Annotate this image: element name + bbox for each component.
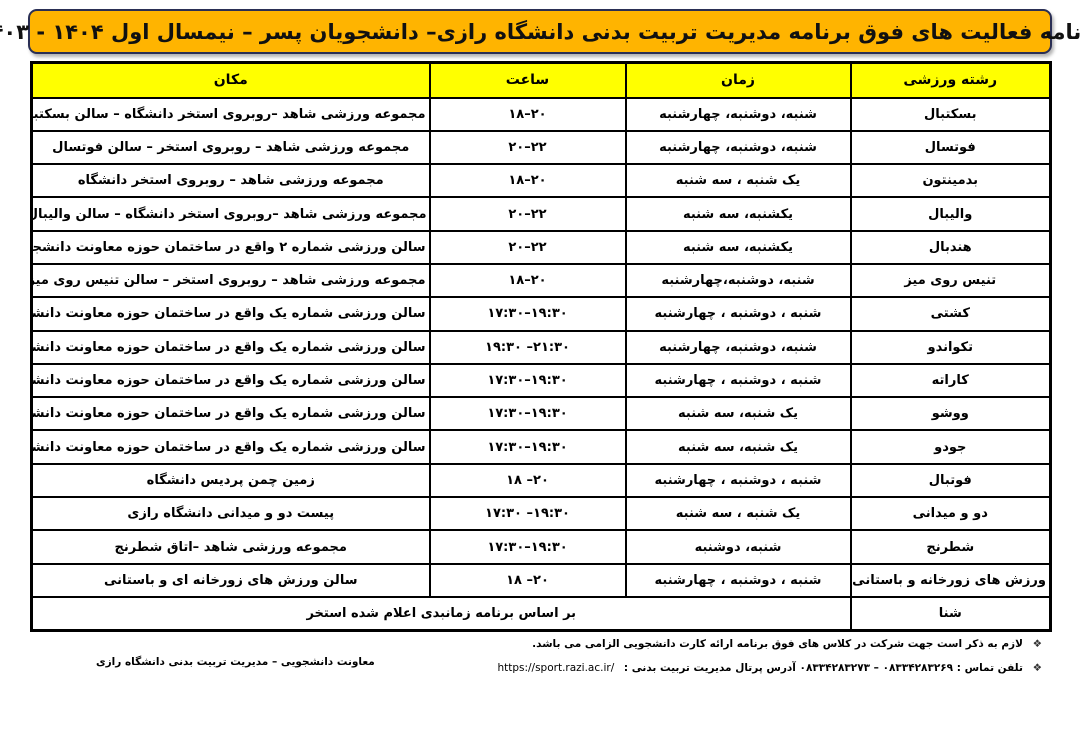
- cell-sport: کشتی: [851, 297, 1051, 330]
- cell-time: ۱۸–۲۰: [430, 264, 626, 297]
- table-row: فوتبالشنبه ، دوشنبه ، چهارشنبه۱۸ –۲۰زمین…: [32, 464, 1051, 497]
- cell-days: شنبه، دوشنبه، چهارشنبه: [626, 131, 851, 164]
- cell-place: سالن ورزشی شماره یک واقع در ساختمان حوزه…: [32, 397, 430, 430]
- table-row: بسکتبالشنبه، دوشنبه، چهارشنبه۱۸–۲۰مجموعه…: [32, 98, 1051, 131]
- table-row: جودویک شنبه، سه شنبه۱۷:۳۰–۱۹:۳۰سالن ورزش…: [32, 430, 1051, 463]
- cell-place: سالن ورزش های زورخانه ای و باستانی: [32, 564, 430, 597]
- table-row: شطرنجشنبه، دوشنبه۱۷:۳۰–۱۹:۳۰مجموعه ورزشی…: [32, 530, 1051, 563]
- table-row: کاراتهشنبه ، دوشنبه ، چهارشنبه۱۷:۳۰–۱۹:۳…: [32, 364, 1051, 397]
- cell-sport: بسکتبال: [851, 98, 1051, 131]
- cell-days: شنبه ، دوشنبه ، چهارشنبه: [626, 564, 851, 597]
- cell-days: شنبه ، دوشنبه ، چهارشنبه: [626, 364, 851, 397]
- table-row: کشتیشنبه ، دوشنبه ، چهارشنبه۱۷:۳۰–۱۹:۳۰س…: [32, 297, 1051, 330]
- cell-place: مجموعه ورزشی شاهد – روبروی استخر – سالن …: [32, 131, 430, 164]
- table-row: والیبالیکشنبه، سه شنبه۲۰–۲۲مجموعه ورزشی …: [32, 197, 1051, 230]
- cell-sport: دو و میدانی: [851, 497, 1051, 530]
- bullet-icon: ❖: [1033, 638, 1042, 650]
- cell-place: مجموعه ورزشی شاهد –روبروی استخر دانشگاه …: [32, 98, 430, 131]
- cell-sport: فوتبال: [851, 464, 1051, 497]
- cell-time: ۱۷:۳۰ –۱۹:۳۰: [430, 497, 626, 530]
- cell-place: سالن ورزشی شماره یک واقع در ساختمان حوزه…: [32, 331, 430, 364]
- schedule-table: رشته ورزشی زمان ساعت مکان بسکتبالشنبه، د…: [30, 61, 1052, 632]
- cell-place: سالن ورزشی شماره یک واقع در ساختمان حوزه…: [32, 430, 430, 463]
- table-row: فوتسالشنبه، دوشنبه، چهارشنبه۲۰–۲۲مجموعه …: [32, 131, 1051, 164]
- cell-time: ۱۷:۳۰–۱۹:۳۰: [430, 430, 626, 463]
- cell-time: ۱۷:۳۰–۱۹:۳۰: [430, 364, 626, 397]
- cell-days: یک شنبه، سه شنبه: [626, 430, 851, 463]
- cell-days: یک شنبه ، سه شنبه: [626, 164, 851, 197]
- cell-time: ۱۷:۳۰–۱۹:۳۰: [430, 397, 626, 430]
- cell-time: ۱۹:۳۰ –۲۱:۳۰: [430, 331, 626, 364]
- page-title: برنامه فعالیت های فوق برنامه مدیریت تربی…: [0, 20, 1080, 44]
- cell-sport: هندبال: [851, 231, 1051, 264]
- header-time: ساعت: [430, 63, 626, 98]
- table-row: هندبالیکشنبه، سه شنبه۲۰–۲۲سالن ورزشی شما…: [32, 231, 1051, 264]
- portal-link[interactable]: https://sport.razi.ac.ir/: [497, 662, 614, 674]
- cell-place: مجموعه ورزشی شاهد –اتاق شطرنج: [32, 530, 430, 563]
- cell-sport: بدمینتون: [851, 164, 1051, 197]
- cell-place: سالن ورزشی شماره یک واقع در ساختمان حوزه…: [32, 364, 430, 397]
- cell-sport: شطرنج: [851, 530, 1051, 563]
- header-place: مکان: [32, 63, 430, 98]
- cell-time: ۲۰–۲۲: [430, 131, 626, 164]
- cell-days: یکشنبه، سه شنبه: [626, 231, 851, 264]
- cell-sport: تکواندو: [851, 331, 1051, 364]
- cell-place: سالن ورزشی شماره ۲ واقع در ساختمان حوزه …: [32, 231, 430, 264]
- table-row: تکواندوشنبه، دوشنبه، چهارشنبه۱۹:۳۰ –۲۱:۳…: [32, 331, 1051, 364]
- title-banner: برنامه فعالیت های فوق برنامه مدیریت تربی…: [28, 9, 1052, 54]
- cell-place: مجموعه ورزشی شاهد – روبروی استخر – سالن …: [32, 264, 430, 297]
- cell-merged-schedule: بر اساس برنامه زمانبدی اعلام شده استخر: [32, 597, 851, 630]
- footer-organization: معاونت دانشجویی – مدیریت تربیت بدنی دانش…: [96, 656, 375, 668]
- table-row: ووشویک شنبه، سه شنبه۱۷:۳۰–۱۹:۳۰سالن ورزش…: [32, 397, 1051, 430]
- notes-section: ❖ لازم به ذکر است جهت شرکت در کلاس های ف…: [497, 632, 1042, 680]
- contact-text: تلفن تماس : ۰۸۳۳۴۲۸۳۲۶۹ – ۰۸۳۳۴۲۸۳۲۷۳ آد…: [624, 662, 1023, 674]
- cell-place: زمین چمن پردیس دانشگاه: [32, 464, 430, 497]
- cell-sport: تنیس روی میز: [851, 264, 1051, 297]
- table-row: بدمینتونیک شنبه ، سه شنبه۱۸–۲۰مجموعه ورز…: [32, 164, 1051, 197]
- cell-days: شنبه ، دوشنبه ، چهارشنبه: [626, 297, 851, 330]
- cell-days: یک شنبه ، سه شنبه: [626, 497, 851, 530]
- cell-days: شنبه ، دوشنبه ، چهارشنبه: [626, 464, 851, 497]
- note-student-card: ❖ لازم به ذکر است جهت شرکت در کلاس های ف…: [497, 632, 1042, 656]
- cell-place: مجموعه ورزشی شاهد –روبروی استخر دانشگاه …: [32, 197, 430, 230]
- cell-sport: ورزش های زورخانه و باستانی: [851, 564, 1051, 597]
- cell-time: ۱۸–۲۰: [430, 98, 626, 131]
- cell-place: سالن ورزشی شماره یک واقع در ساختمان حوزه…: [32, 297, 430, 330]
- note-contact: ❖ تلفن تماس : ۰۸۳۳۴۲۸۳۲۶۹ – ۰۸۳۳۴۲۸۳۲۷۳ …: [497, 656, 1042, 680]
- cell-time: ۱۸ –۲۰: [430, 464, 626, 497]
- cell-time: ۲۰–۲۲: [430, 197, 626, 230]
- header-sport: رشته ورزشی: [851, 63, 1051, 98]
- header-days: زمان: [626, 63, 851, 98]
- cell-sport: ووشو: [851, 397, 1051, 430]
- cell-time: ۱۸ –۲۰: [430, 564, 626, 597]
- bullet-icon: ❖: [1033, 662, 1042, 674]
- table-row: تنیس روی میزشنبه، دوشنبه،چهارشنبه۱۸–۲۰مج…: [32, 264, 1051, 297]
- cell-days: شنبه، دوشنبه: [626, 530, 851, 563]
- cell-place: مجموعه ورزشی شاهد – روبروی استخر دانشگاه: [32, 164, 430, 197]
- cell-time: ۱۷:۳۰–۱۹:۳۰: [430, 530, 626, 563]
- cell-place: پیست دو و میدانی دانشگاه رازی: [32, 497, 430, 530]
- cell-sport: فوتسال: [851, 131, 1051, 164]
- cell-time: ۱۸–۲۰: [430, 164, 626, 197]
- cell-days: یک شنبه، سه شنبه: [626, 397, 851, 430]
- table-row: ورزش های زورخانه و باستانیشنبه ، دوشنبه …: [32, 564, 1051, 597]
- cell-days: شنبه، دوشنبه، چهارشنبه: [626, 331, 851, 364]
- table-header-row: رشته ورزشی زمان ساعت مکان: [32, 63, 1051, 98]
- cell-days: یکشنبه، سه شنبه: [626, 197, 851, 230]
- cell-sport: کاراته: [851, 364, 1051, 397]
- cell-sport: جودو: [851, 430, 1051, 463]
- note-text: لازم به ذکر است جهت شرکت در کلاس های فوق…: [532, 638, 1023, 650]
- cell-days: شنبه، دوشنبه، چهارشنبه: [626, 98, 851, 131]
- cell-time: ۲۰–۲۲: [430, 231, 626, 264]
- cell-days: شنبه، دوشنبه،چهارشنبه: [626, 264, 851, 297]
- cell-sport: شنا: [851, 597, 1051, 630]
- table-row-swimming: شنا بر اساس برنامه زمانبدی اعلام شده است…: [32, 597, 1051, 630]
- cell-sport: والیبال: [851, 197, 1051, 230]
- cell-time: ۱۷:۳۰–۱۹:۳۰: [430, 297, 626, 330]
- table-row: دو و میدانییک شنبه ، سه شنبه۱۷:۳۰ –۱۹:۳۰…: [32, 497, 1051, 530]
